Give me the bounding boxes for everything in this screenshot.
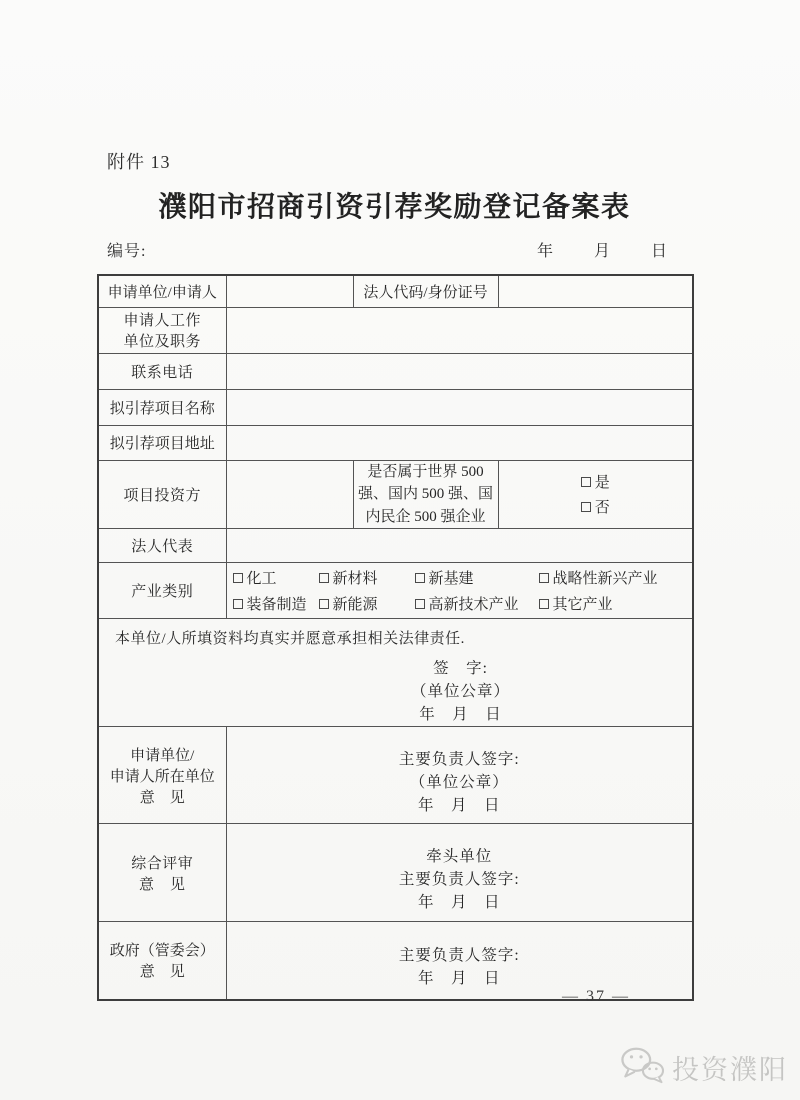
phone-label: 联系电话 bbox=[98, 353, 226, 389]
applicant-label: 申请单位/申请人 bbox=[98, 275, 226, 307]
investor-label: 项目投资方 bbox=[98, 460, 226, 529]
row-industry: 产业类别 化工 新材料 新基建 战略性新兴产业 装备制造 新能源 高新技术产业 … bbox=[98, 563, 693, 619]
form-document: 附件 13 濮阳市招商引资引荐奖励登记备案表 编号: 年 月 日 申请单位/申请… bbox=[97, 148, 692, 1001]
date-sign-line: 年 月 日 bbox=[399, 891, 520, 914]
option-chemical: 化工 bbox=[233, 567, 319, 588]
industry-option-label: 新基建 bbox=[429, 567, 474, 588]
industry-option-label: 装备制造 bbox=[247, 593, 307, 614]
industry-option-label: 新材料 bbox=[333, 567, 378, 588]
industry-option-label: 新能源 bbox=[333, 593, 378, 614]
legal-rep-input-cell bbox=[226, 529, 693, 563]
meta-row: 编号: 年 月 日 bbox=[97, 238, 692, 261]
responsible-sign-line: 主要负责人签字: bbox=[399, 868, 520, 891]
checkbox-icon bbox=[319, 599, 329, 609]
unit-opinion-label: 申请单位/ 申请人所在单位 意 见 bbox=[98, 727, 226, 824]
wechat-bubbles-icon bbox=[618, 1044, 666, 1091]
lead-unit-line: 牵头单位 bbox=[399, 845, 520, 868]
date-sign-line: 年 月 日 bbox=[399, 967, 520, 990]
date-sign-line: 年 月 日 bbox=[411, 703, 510, 726]
review-opinion-sign-block: 牵头单位 主要负责人签字: 年 月 日 bbox=[399, 845, 520, 914]
unit-seal-line: （单位公章） bbox=[411, 680, 510, 703]
option-new-energy: 新能源 bbox=[319, 593, 415, 614]
checkbox-icon bbox=[233, 599, 243, 609]
industry-options: 化工 新材料 新基建 战略性新兴产业 装备制造 新能源 高新技术产业 其它产业 bbox=[233, 567, 693, 614]
yes-no-options: 是 否 bbox=[581, 471, 610, 517]
legal-code-input-cell bbox=[498, 275, 693, 307]
unit-seal-line: （单位公章） bbox=[399, 771, 520, 794]
unit-opinion-cell: 主要负责人签字: （单位公章） 年 月 日 bbox=[226, 727, 693, 824]
declaration-sign-block: 签 字: （单位公章） 年 月 日 bbox=[411, 657, 510, 726]
declaration-text: 本单位/人所填资料均真实并愿意承担相关法律责任. bbox=[99, 619, 692, 648]
page-number: — 37 — bbox=[97, 988, 692, 1006]
option-equipment-mfg: 装备制造 bbox=[233, 593, 319, 614]
row-project-name: 拟引荐项目名称 bbox=[98, 389, 693, 425]
industry-option-label: 其它产业 bbox=[553, 593, 613, 614]
row-investor: 项目投资方 是否属于世界 500 强、国内 500 强、国 内民企 500 强企… bbox=[98, 460, 693, 529]
legal-code-label: 法人代码/身份证号 bbox=[353, 275, 498, 307]
investor-input-cell bbox=[226, 460, 353, 529]
checkbox-icon bbox=[581, 477, 591, 487]
industry-options-cell: 化工 新材料 新基建 战略性新兴产业 装备制造 新能源 高新技术产业 其它产业 bbox=[226, 563, 693, 619]
checkbox-icon bbox=[415, 599, 425, 609]
industry-option-label: 化工 bbox=[247, 567, 277, 588]
brand-text: 投资濮阳 bbox=[672, 1048, 788, 1087]
option-yes: 是 bbox=[581, 471, 610, 492]
applicant-input-cell bbox=[226, 275, 353, 307]
attachment-label: 附件 13 bbox=[97, 148, 692, 174]
top500-answer-cell: 是 否 bbox=[498, 460, 693, 529]
row-project-address: 拟引荐项目地址 bbox=[98, 425, 693, 460]
checkbox-icon bbox=[539, 599, 549, 609]
scanned-document-page: 附件 13 濮阳市招商引资引荐奖励登记备案表 编号: 年 月 日 申请单位/申请… bbox=[0, 0, 800, 1100]
row-review-opinion: 综合评审 意 见 牵头单位 主要负责人签字: 年 月 日 bbox=[98, 824, 693, 922]
review-opinion-label: 综合评审 意 见 bbox=[98, 824, 226, 922]
row-legal-rep: 法人代表 bbox=[98, 529, 693, 563]
top500-question-label: 是否属于世界 500 强、国内 500 强、国 内民企 500 强企业 bbox=[353, 460, 498, 529]
option-new-infrastructure: 新基建 bbox=[415, 567, 539, 588]
industry-label: 产业类别 bbox=[98, 563, 226, 619]
declaration-cell: 本单位/人所填资料均真实并愿意承担相关法律责任. 签 字: （单位公章） 年 月… bbox=[98, 619, 693, 727]
date-line: 年 月 日 bbox=[537, 238, 692, 261]
option-hightech: 高新技术产业 bbox=[415, 593, 539, 614]
project-address-label: 拟引荐项目地址 bbox=[98, 425, 226, 460]
option-other: 其它产业 bbox=[539, 593, 693, 614]
phone-input-cell bbox=[226, 353, 693, 389]
industry-option-label: 高新技术产业 bbox=[429, 593, 519, 614]
checkbox-icon bbox=[581, 502, 591, 512]
review-opinion-cell: 牵头单位 主要负责人签字: 年 月 日 bbox=[226, 824, 693, 922]
checkbox-icon bbox=[415, 573, 425, 583]
responsible-sign-line: 主要负责人签字: bbox=[399, 748, 520, 771]
no-option-label: 否 bbox=[595, 496, 610, 517]
work-unit-label: 申请人工作 单位及职务 bbox=[98, 307, 226, 353]
date-sign-line: 年 月 日 bbox=[399, 794, 520, 817]
unit-opinion-sign-block: 主要负责人签字: （单位公章） 年 月 日 bbox=[399, 748, 520, 817]
legal-rep-label: 法人代表 bbox=[98, 529, 226, 563]
registration-table: 申请单位/申请人 法人代码/身份证号 申请人工作 单位及职务 联系电话 拟引荐项… bbox=[97, 274, 694, 1001]
row-applicant: 申请单位/申请人 法人代码/身份证号 bbox=[98, 275, 693, 307]
project-name-input-cell bbox=[226, 389, 693, 425]
serial-number-label: 编号: bbox=[97, 238, 146, 261]
project-address-input-cell bbox=[226, 425, 693, 460]
checkbox-icon bbox=[233, 573, 243, 583]
yes-option-label: 是 bbox=[595, 471, 610, 492]
page-title: 濮阳市招商引资引荐奖励登记备案表 bbox=[97, 185, 692, 225]
option-new-materials: 新材料 bbox=[319, 567, 415, 588]
brand-watermark: 投资濮阳 bbox=[618, 1044, 788, 1091]
row-phone: 联系电话 bbox=[98, 353, 693, 389]
row-unit-opinion: 申请单位/ 申请人所在单位 意 见 主要负责人签字: （单位公章） 年 月 日 bbox=[98, 727, 693, 824]
industry-option-label: 战略性新兴产业 bbox=[553, 567, 658, 588]
checkbox-icon bbox=[539, 573, 549, 583]
gov-opinion-sign-block: 主要负责人签字: 年 月 日 bbox=[399, 944, 520, 990]
option-strategic-emerging: 战略性新兴产业 bbox=[539, 567, 693, 588]
project-name-label: 拟引荐项目名称 bbox=[98, 389, 226, 425]
row-declaration: 本单位/人所填资料均真实并愿意承担相关法律责任. 签 字: （单位公章） 年 月… bbox=[98, 619, 693, 727]
row-work-unit: 申请人工作 单位及职务 bbox=[98, 307, 693, 353]
checkbox-icon bbox=[319, 573, 329, 583]
sign-line: 签 字: bbox=[411, 657, 510, 680]
work-unit-input-cell bbox=[226, 307, 693, 353]
responsible-sign-line: 主要负责人签字: bbox=[399, 944, 520, 967]
option-no: 否 bbox=[581, 496, 610, 517]
